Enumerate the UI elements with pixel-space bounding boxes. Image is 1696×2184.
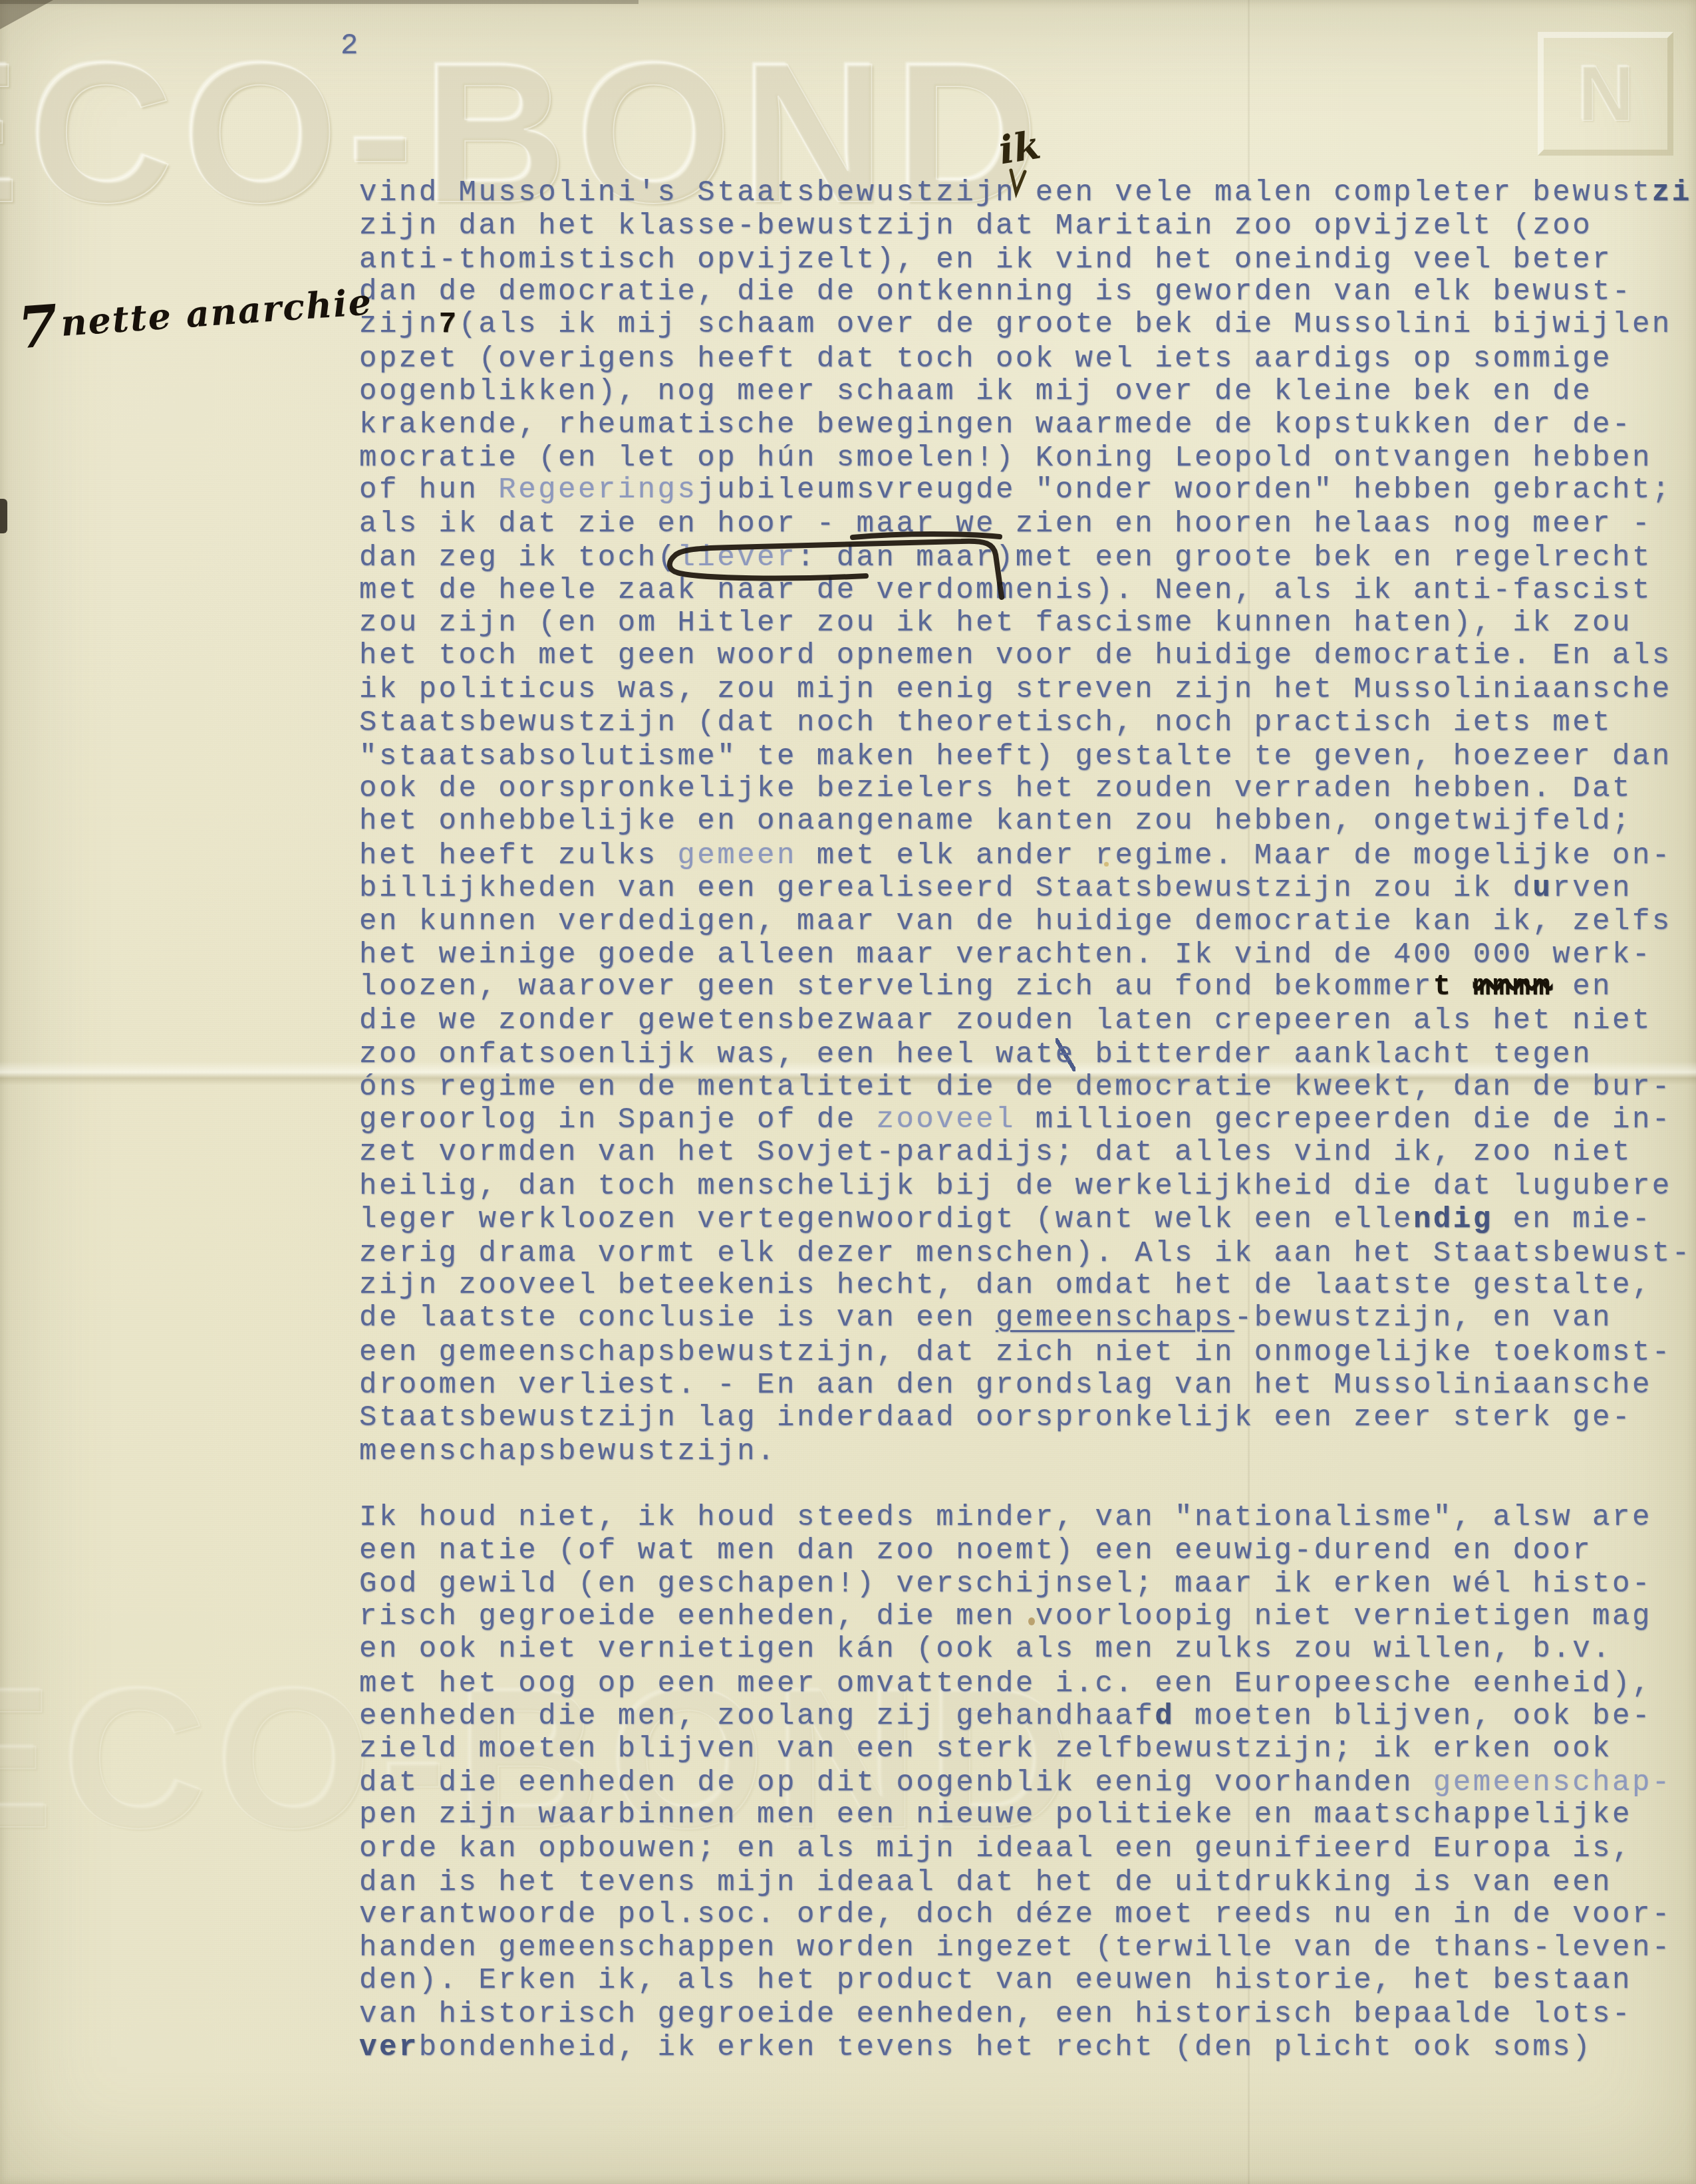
- typed-segment: u: [1532, 872, 1552, 905]
- typed-segment: ik politicus was, zou mijn eenig streven…: [359, 673, 1672, 706]
- typed-segment: rven: [1552, 872, 1632, 905]
- typed-segment: heilig, dan toch menschelijk bij de werk…: [359, 1170, 1672, 1203]
- typed-line: dan de democratie, die de ontkenning is …: [359, 276, 1692, 309]
- typed-line: zoo onfatsoenlijk was, een heel wate bit…: [359, 1039, 1692, 1072]
- typed-line: opzet (overigens heeft dat toch ook wel …: [359, 343, 1692, 376]
- typed-segment: Staatsbewustzijn lag inderdaad oorspronk…: [359, 1401, 1632, 1434]
- typed-line: het heeft zulks gemeen met elk ander reg…: [359, 840, 1692, 873]
- typed-line: en ook niet vernietigen kán (ook als men…: [359, 1633, 1692, 1667]
- typed-segment: zield moeten blijven van een sterk zelfb…: [359, 1732, 1612, 1766]
- typed-segment: "staatsabsolutisme" te maken heeft) gest…: [359, 740, 1672, 773]
- typed-segment: en mie-: [1493, 1203, 1652, 1236]
- typed-segment: t: [1433, 970, 1453, 1004]
- typed-line: zield moeten blijven van een sterk zelfb…: [359, 1733, 1692, 1766]
- typed-segment: zou zijn (en om Hitler zou ik het fascis…: [359, 607, 1632, 640]
- typed-segment: ook de oorspronkelijke bezielers het zou…: [359, 772, 1632, 805]
- typed-segment: zijn dan het klasse-bewustzijn dat Marit…: [359, 209, 1592, 243]
- typed-line: zijn7(als ik mij schaam over de groote b…: [359, 309, 1692, 342]
- scan-edge-shadow: [0, 0, 638, 4]
- typed-segment: zoo onfatsoenlijk was, een heel wat: [359, 1038, 1056, 1071]
- typed-segment: mmmm: [1473, 970, 1553, 1004]
- typed-segment: geroorlog in Spanje of de: [359, 1103, 877, 1137]
- typed-segment: jubileumsvreugde "onder woorden" hebben …: [697, 474, 1671, 507]
- typed-line: Staatsbewustzijn lag inderdaad oorspronk…: [359, 1402, 1692, 1435]
- typed-segment: orde kan opbouwen; en als mijn ideaal ee…: [359, 1832, 1632, 1865]
- typed-segment: óns regime en de mentaliteit die de demo…: [359, 1071, 1672, 1104]
- typed-line: die we zonder gewetensbezwaar zouden lat…: [359, 1005, 1692, 1038]
- typed-segment: ver: [359, 2031, 419, 2064]
- typed-line: handen gemeenschappen worden ingezet (te…: [359, 1932, 1692, 1965]
- typed-line: het onhebbelijke en onaangename kanten z…: [359, 805, 1692, 839]
- typed-segment: -bewustzijn, en van: [1234, 1301, 1612, 1335]
- typed-line: geroorlog in Spanje of de zooveel millio…: [359, 1104, 1692, 1137]
- typed-segment: of hun: [359, 474, 498, 507]
- typed-segment: zijn: [359, 308, 439, 341]
- typed-line: het weinige goede alleen maar verachten.…: [359, 939, 1692, 972]
- typed-segment: anti-thomistisch opvijzelt), en ik vind …: [359, 243, 1612, 277]
- typed-segment: millioen gecrepeerden die de in-: [1016, 1103, 1672, 1137]
- typed-segment: Ik houd niet, ik houd steeds minder, van…: [359, 1501, 1652, 1534]
- typed-segment: : dan maar)met een groote bek en regelre…: [797, 541, 1652, 575]
- typed-segment: die we zonder gewetensbezwaar zouden lat…: [359, 1004, 1652, 1037]
- typed-segment: mocratie (en let op hún smoelen!) Koning…: [359, 442, 1652, 475]
- typed-segment: en ook niet vernietigen kán (ook als men…: [359, 1633, 1612, 1666]
- typed-segment: gemeenschap-: [1433, 1766, 1672, 1800]
- typed-line: Ik houd niet, ik houd steeds minder, van…: [359, 1502, 1692, 1535]
- typed-segment: met het oog op een meer omvattende i.c. …: [359, 1667, 1652, 1701]
- left-edge-ink-mark: [0, 499, 7, 533]
- typed-segment: zet vormden van het Sovjet-paradijs; dat…: [359, 1136, 1632, 1169]
- typed-segment: dan zeg ik toch(: [359, 541, 677, 575]
- typed-segment: dan is het tevens mijn ideaal dat het de…: [359, 1866, 1612, 1899]
- typed-segment: liever: [677, 541, 796, 575]
- typed-line: een natie (of wat men dan zoo noemt) een…: [359, 1535, 1692, 1568]
- typed-line: meenschapsbewustzijn.: [359, 1436, 1692, 1469]
- typed-segment: e: [1056, 1038, 1075, 1071]
- typed-segment: het toch met geen woord opnemen voor de …: [359, 639, 1672, 672]
- typed-line: God gewild (en geschapen!) verschijnsel;…: [359, 1568, 1692, 1601]
- typed-segment: d: [1155, 1700, 1175, 1733]
- typed-segment: de laatste conclusie is van een: [359, 1301, 996, 1335]
- typed-segment: zi: [1652, 176, 1692, 209]
- typed-segment: billijkheden van een gerealiseerd Staats…: [359, 872, 1532, 905]
- typed-line: billijkheden van een gerealiseerd Staats…: [359, 873, 1692, 906]
- typed-segment: en: [1552, 970, 1612, 1004]
- typed-segment: gemeenschaps: [996, 1301, 1234, 1335]
- typed-segment: vind Mussolini's Staatsbewustzijn een ve…: [359, 176, 1652, 209]
- typed-segment: zijn zooveel beteekenis hecht, dan omdat…: [359, 1269, 1652, 1302]
- typed-line: dat die eenheden de op dit oogenblik een…: [359, 1767, 1692, 1800]
- typed-segment: zooveel: [877, 1103, 1016, 1137]
- typed-line: risch gegroeide eenheden, die men voorlo…: [359, 1601, 1692, 1634]
- paragraph: vind Mussolini's Staatsbewustzijn een ve…: [359, 177, 1692, 1468]
- scan-corner-shadow: [0, 0, 53, 29]
- typed-segment: gemeen: [677, 839, 796, 873]
- typed-line: droomen verliest. - En aan den grondslag…: [359, 1369, 1692, 1403]
- typed-line: eenheden die men, zoolang zij gehandhaaf…: [359, 1701, 1692, 1734]
- typed-segment: den). Erken ik, als het product van eeuw…: [359, 1964, 1632, 1997]
- typed-segment: pen zijn waarbinnen men een nieuwe polit…: [359, 1798, 1632, 1832]
- typed-segment: het onhebbelijke en onaangename kanten z…: [359, 805, 1632, 838]
- typed-segment: handen gemeenschappen worden ingezet (te…: [359, 1931, 1672, 1965]
- typed-line: krakende, rheumatische bewegingen waarme…: [359, 409, 1692, 442]
- typed-line: de laatste conclusie is van een gemeensc…: [359, 1302, 1692, 1335]
- typed-segment: een natie (of wat men dan zoo noemt) een…: [359, 1534, 1592, 1568]
- typed-segment: het heeft zulks: [359, 839, 677, 873]
- typed-segment: oogenblikken), nog meer schaam ik mij ov…: [359, 375, 1592, 408]
- typed-segment: God gewild (en geschapen!) verschijnsel;…: [359, 1568, 1652, 1601]
- typed-segment: Regeerings: [498, 474, 697, 507]
- typed-line: verbondenheid, ik erken tevens het recht…: [359, 2032, 1692, 2065]
- typed-line: verantwoorde pol.soc. orde, doch déze mo…: [359, 1899, 1692, 1932]
- typed-segment: bondenheid, ik erken tevens het recht (d…: [419, 2031, 1592, 2064]
- typed-line: zijn dan het klasse-bewustzijn dat Marit…: [359, 210, 1692, 243]
- typed-line: pen zijn waarbinnen men een nieuwe polit…: [359, 1799, 1692, 1832]
- typed-segment: (als ik mij schaam over de groote bek di…: [459, 308, 1672, 341]
- typed-line: dan is het tevens mijn ideaal dat het de…: [359, 1867, 1692, 1900]
- typed-segment: moeten blijven, ook be-: [1175, 1700, 1652, 1733]
- typed-line: Staatsbewustzijn (dat noch theoretisch, …: [359, 707, 1692, 740]
- typed-segment: droomen verliest. - En aan den grondslag…: [359, 1369, 1652, 1402]
- typed-segment: met de heele zaak naar de verdommenis). …: [359, 574, 1652, 607]
- typed-segment: opzet (overigens heeft dat toch ook wel …: [359, 342, 1612, 376]
- typed-line: een gemeenschapsbewustzijn, dat zich nie…: [359, 1337, 1692, 1370]
- typed-segment: risch gegroeide eenheden, die men voorlo…: [359, 1600, 1652, 1633]
- typed-segment: als ik dat zie en hoor - maar we zien en…: [359, 507, 1652, 541]
- typed-segment: krakende, rheumatische bewegingen waarme…: [359, 408, 1632, 442]
- typed-segment: 7: [439, 308, 459, 341]
- typed-line: ook de oorspronkelijke bezielers het zou…: [359, 773, 1692, 806]
- typed-segment: dat die eenheden de op dit oogenblik een…: [359, 1766, 1433, 1800]
- typed-segment: Staatsbewustzijn (dat noch theoretisch, …: [359, 706, 1612, 740]
- typed-segment: leger werkloozen vertegenwoordigt (want …: [359, 1203, 1413, 1236]
- typed-line: loozen, waarover geen sterveling zich au…: [359, 971, 1692, 1004]
- typed-line: óns regime en de mentaliteit die de demo…: [359, 1071, 1692, 1105]
- typed-line: anti-thomistisch opvijzelt), en ik vind …: [359, 244, 1692, 277]
- page-number: 2: [341, 29, 358, 63]
- typed-line: zet vormden van het Sovjet-paradijs; dat…: [359, 1137, 1692, 1170]
- typed-line: ik politicus was, zou mijn eenig streven…: [359, 674, 1692, 707]
- typed-segment: en kunnen verdedigen, maar van de huidig…: [359, 905, 1672, 938]
- typed-line: oogenblikken), nog meer schaam ik mij ov…: [359, 376, 1692, 409]
- paragraph: Ik houd niet, ik houd steeds minder, van…: [359, 1502, 1692, 2065]
- typed-segment: dan de democratie, die de ontkenning is …: [359, 275, 1632, 309]
- document-scan: { "page": { "number": "2" }, "watermark"…: [0, 0, 1696, 2184]
- typed-line: orde kan opbouwen; en als mijn ideaal ee…: [359, 1833, 1692, 1866]
- typed-line: mocratie (en let op hún smoelen!) Koning…: [359, 442, 1692, 476]
- typed-line: vind Mussolini's Staatsbewustzijn een ve…: [359, 177, 1692, 210]
- typed-line: heilig, dan toch menschelijk bij de werk…: [359, 1170, 1692, 1204]
- typed-line: het toch met geen woord opnemen voor de …: [359, 640, 1692, 673]
- typed-segment: meenschapsbewustzijn.: [359, 1435, 777, 1468]
- typed-segment: loozen, waarover geen sterveling zich au…: [359, 970, 1433, 1004]
- typed-line: dan zeg ik toch(liever: dan maar)met een…: [359, 542, 1692, 575]
- typed-line: den). Erken ik, als het product van eeuw…: [359, 1965, 1692, 1998]
- typed-line: en kunnen verdedigen, maar van de huidig…: [359, 906, 1692, 939]
- typed-segment: van historisch gegroeide eenheden, een h…: [359, 1998, 1632, 2031]
- typed-segment: met elk ander regime. Maar de mogelijke …: [797, 839, 1672, 873]
- typed-segment: eenheden die men, zoolang zij gehandhaaf: [359, 1700, 1155, 1733]
- typed-segment: bitterder aanklacht tegen: [1075, 1038, 1593, 1071]
- typed-line: "staatsabsolutisme" te maken heeft) gest…: [359, 741, 1692, 774]
- typed-line: van historisch gegroeide eenheden, een h…: [359, 1998, 1692, 2032]
- typed-segment: verantwoorde pol.soc. orde, doch déze mo…: [359, 1898, 1672, 1931]
- typed-segment: het weinige goede alleen maar verachten.…: [359, 938, 1652, 972]
- typed-line: zou zijn (en om Hitler zou ik het fascis…: [359, 607, 1692, 640]
- typed-segment: ndig: [1413, 1203, 1493, 1236]
- typed-line: zerig drama vormt elk dezer menschen). A…: [359, 1238, 1692, 1271]
- typed-line: als ik dat zie en hoor - maar we zien en…: [359, 508, 1692, 541]
- typed-line: of hun Regeeringsjubileumsvreugde "onder…: [359, 474, 1692, 507]
- typed-text-block: vind Mussolini's Staatsbewustzijn een ve…: [359, 177, 1692, 2064]
- typed-segment: [1453, 970, 1473, 1004]
- typed-line: met de heele zaak naar de verdommenis). …: [359, 575, 1692, 608]
- typed-line: met het oog op een meer omvattende i.c. …: [359, 1668, 1692, 1701]
- typed-line: zijn zooveel beteekenis hecht, dan omdat…: [359, 1270, 1692, 1303]
- typed-line: leger werkloozen vertegenwoordigt (want …: [359, 1204, 1692, 1237]
- typed-segment: zerig drama vormt elk dezer menschen). A…: [359, 1237, 1692, 1270]
- typed-segment: een gemeenschapsbewustzijn, dat zich nie…: [359, 1336, 1672, 1369]
